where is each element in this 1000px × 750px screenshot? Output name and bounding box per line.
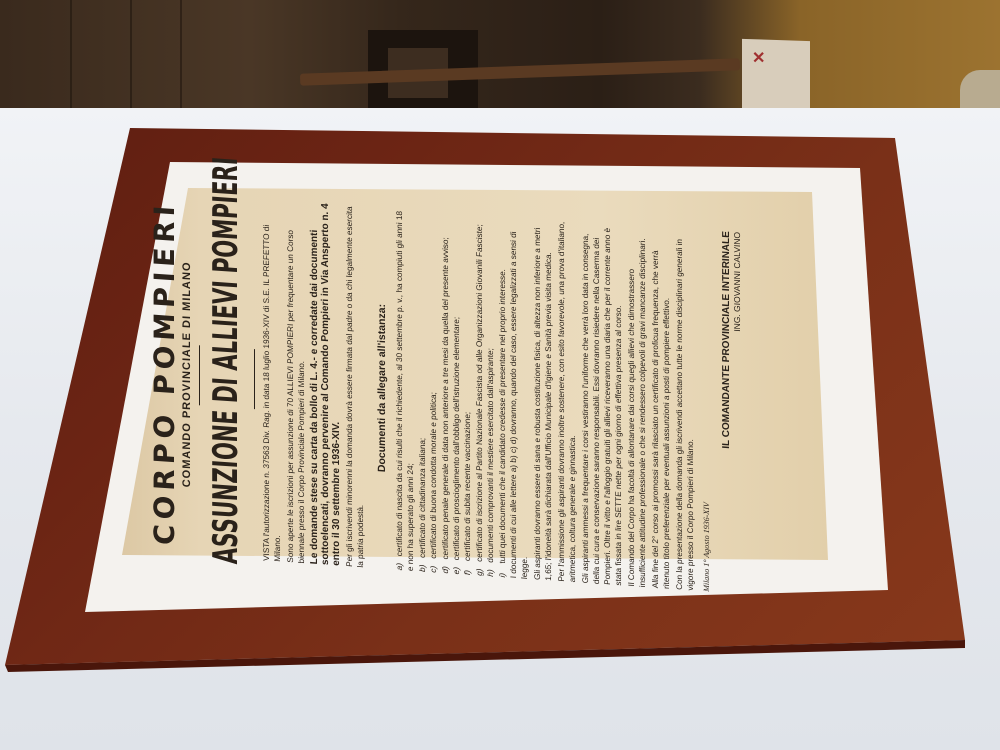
list-item: b)certificato di cittadinanza italiana; (417, 209, 428, 572)
documents-list: a)certificato di nascita da cui risulti … (394, 208, 508, 578)
list-item: i)tutti quei documenti che il candidato … (497, 215, 508, 578)
displayed-rifle (300, 58, 740, 85)
wall-panel-line (70, 0, 72, 110)
signature-title: IL COMANDANTE PROVINCIALE INTERINALE (721, 231, 732, 594)
documents-heading: Documenti da allegare all'istanza: (376, 207, 388, 570)
list-item: e)certificato di proscioglimento dall'ob… (451, 212, 462, 575)
list-key: g) (474, 561, 485, 576)
paragraph: Il Comando del Corpo ha facoltà di allon… (626, 224, 648, 588)
paragraph: Con la presentazione della domanda gli i… (674, 227, 696, 591)
poster-title: CORPO POMPIERI (148, 191, 181, 555)
box-logo-icon: ✕ (752, 48, 765, 68)
paragraph: Gli aspiranti ammessi a frequentare i co… (580, 221, 624, 586)
poster-heading: ASSUNZIONE DI ALLIEVI POMPIERI (206, 189, 246, 565)
list-item: h)documenti comprovanti il mestiere eser… (485, 214, 496, 577)
paragraph-bold: Le domande stese su carta da bollo di L.… (309, 202, 342, 566)
list-text: certificato penale generale di data non … (441, 237, 450, 560)
list-key: f) (462, 561, 473, 576)
poster-subtitle: COMANDO PROVINCIALE DI MILANO (181, 193, 193, 556)
list-item: g)certificato di iscrizione al Partito N… (474, 213, 485, 576)
paragraph: Per l'ammissione gli aspiranti dovranno … (556, 219, 578, 583)
list-key: i) (497, 563, 508, 578)
list-key: d) (440, 559, 451, 574)
list-text: certificato di cittadinanza italiana; (418, 437, 427, 558)
divider (199, 345, 200, 405)
list-text: certificato di subita recente vaccinazio… (463, 411, 472, 561)
paragraph: Per gli iscrivendi minorenni la domanda … (344, 204, 366, 568)
list-key: b) (417, 557, 428, 572)
list-text: certificato di proscioglimento dall'obbl… (452, 317, 461, 561)
list-item: f)certificato di subita recente vaccinaz… (462, 213, 473, 576)
background-room: ✕ (0, 0, 1000, 112)
list-text: certificato di nascita da cui risulti ch… (395, 211, 415, 572)
list-key: h) (485, 562, 496, 577)
paragraph: Sono aperte le iscrizioni per assunzione… (285, 200, 307, 564)
list-text: documenti comprovanti il mestiere eserci… (486, 348, 495, 563)
poster-document: CORPO POMPIERI COMANDO PROVINCIALE DI MI… (138, 190, 828, 600)
paragraph: I documenti di cui alle lettere a) b) c)… (508, 216, 530, 580)
wall-panel-line (130, 0, 132, 110)
list-item: a)certificato di nascita da cui risulti … (394, 208, 417, 572)
signature-name: ING. GIOVANNI CALVINO (732, 232, 742, 595)
list-key: a) (394, 556, 405, 571)
paragraph: Gli aspiranti dovranno essere di sana e … (532, 218, 554, 582)
list-key: e) (451, 560, 462, 575)
list-item: d)certificato penale generale di data no… (440, 211, 451, 574)
poster-date: Milano 1° Agosto 1936-XIV (702, 229, 711, 592)
list-item: c)certificato di buona condotta morale e… (428, 210, 439, 573)
intro-text: VISTA l'autorizzazione n. 37563 Div. Rag… (261, 199, 283, 563)
list-text: certificato di buona condotta morale e p… (429, 392, 438, 559)
wall-panel-line (180, 0, 182, 110)
list-text: certificato di iscrizione al Partito Naz… (475, 224, 484, 562)
list-text: tutti quei documenti che il candidato cr… (498, 269, 507, 564)
list-key: c) (428, 558, 439, 573)
divider (254, 349, 255, 409)
paragraph: Alla fine del 2° corso ai promossi sarà … (650, 226, 672, 590)
